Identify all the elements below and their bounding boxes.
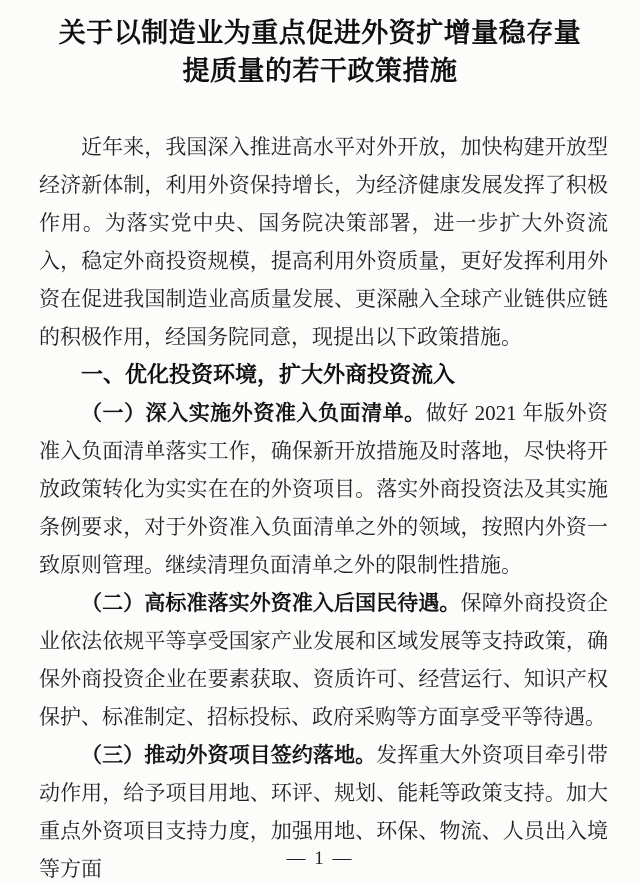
policy-item-2: （二）高标准落实外资准入后国民待遇。保障外商投资企业依法依规平等享受国家产业发展… (39, 584, 608, 736)
document-body: 近年来，我国深入推进高水平对外开放，加快构建开放型经济新体制，利用外资保持增长，… (39, 128, 608, 883)
policy-item-1-body: 做好 2021 年版外资准入负面清单落实工作，确保新开放措施及时落地，尽快将开放… (39, 401, 608, 577)
title-line-2: 提质量的若干政策措施 (0, 52, 640, 90)
policy-item-3-lead: （三）推动外资项目签约落地。 (81, 743, 376, 767)
intro-paragraph: 近年来，我国深入推进高水平对外开放，加快构建开放型经济新体制，利用外资保持增长，… (39, 128, 608, 356)
section-1-heading: 一、优化投资环境，扩大外商投资流入 (39, 356, 608, 394)
title-line-1: 关于以制造业为重点促进外资扩增量稳存量 (0, 14, 640, 52)
document-title: 关于以制造业为重点促进外资扩增量稳存量 提质量的若干政策措施 (0, 14, 640, 90)
document-page: 关于以制造业为重点促进外资扩增量稳存量 提质量的若干政策措施 近年来，我国深入推… (0, 0, 640, 883)
policy-item-1-lead: （一）深入实施外资准入负面清单。 (81, 401, 426, 425)
page-number: — 1 — (0, 848, 640, 870)
policy-item-1: （一）深入实施外资准入负面清单。做好 2021 年版外资准入负面清单落实工作，确… (39, 394, 608, 584)
policy-item-2-lead: （二）高标准落实外资准入后国民待遇。 (81, 591, 461, 615)
